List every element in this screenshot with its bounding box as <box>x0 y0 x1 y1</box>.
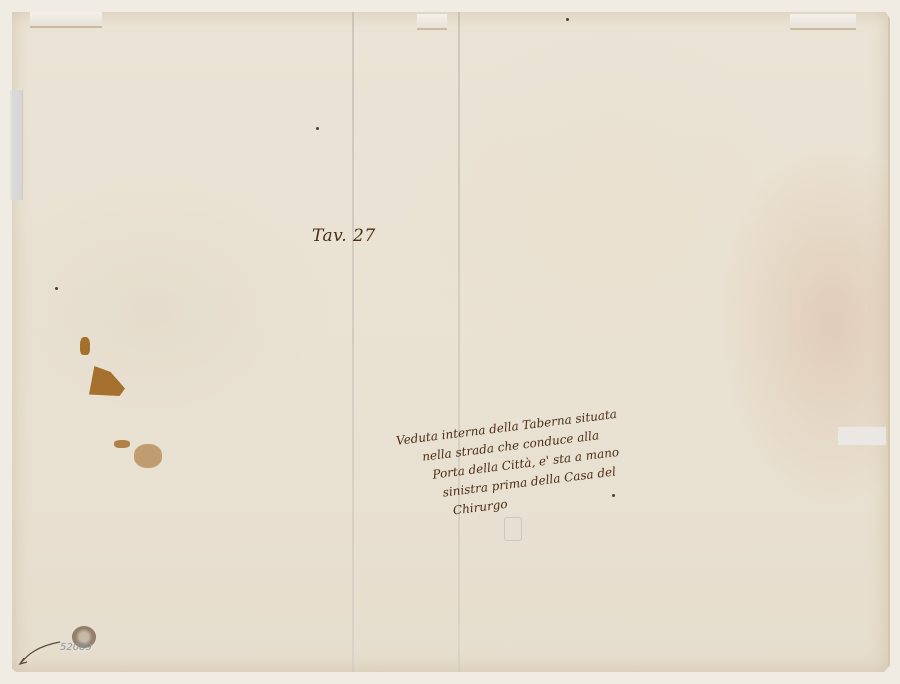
edge-tape-right <box>838 427 886 445</box>
collection-stamp-faint <box>504 517 522 541</box>
ink-speck <box>55 287 58 290</box>
ink-speck <box>566 18 569 21</box>
arrow-mark-icon <box>18 636 62 666</box>
foxing-stain <box>114 440 130 448</box>
foxing-stain <box>80 337 90 355</box>
hinge-tape-right <box>790 14 856 30</box>
plate-label: Tav. 27 <box>312 226 376 246</box>
fold-line-right <box>458 12 460 672</box>
inventory-number: 52089 <box>60 642 92 653</box>
hinge-tape-left <box>30 12 102 28</box>
fold-line-left <box>352 12 354 672</box>
foxing-stain <box>134 444 162 468</box>
ink-speck <box>316 127 319 130</box>
hinge-tape-center <box>417 14 447 30</box>
paper-sheet <box>12 12 890 672</box>
edge-tape-left <box>10 90 23 200</box>
